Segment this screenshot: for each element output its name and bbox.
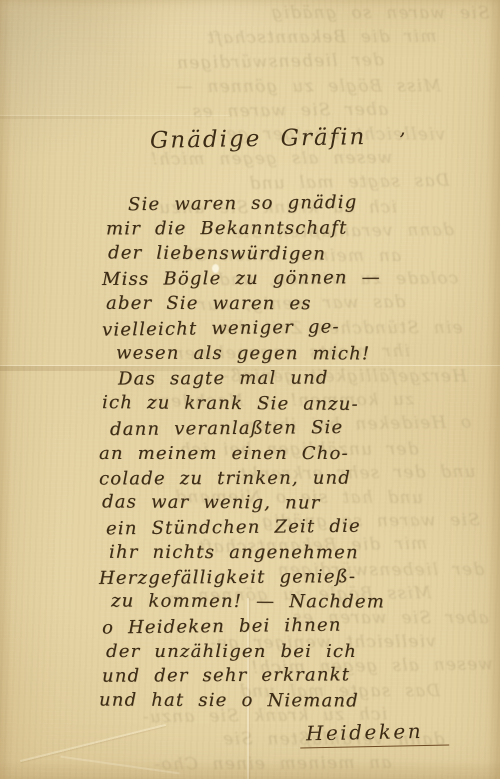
handwriting-line: Sie waren so gnädig [128,191,358,217]
handwriting-line: colade zu trinken, und [99,467,351,492]
handwriting-line: und hat sie o Niemand [99,689,359,714]
handwriting-line: wesen als gegen mich! [116,342,370,367]
salutation-flourish: ’ [399,128,405,152]
handwriting-line: Herzgefälligkeit genieß- [99,565,356,591]
letter-signature: Heideken [300,718,450,748]
letter-salutation: Gnädige Gräfin [150,124,367,154]
letter-page: Sie waren so gnädigmir die Bekanntschaft… [0,0,500,779]
handwriting-line: ich zu krank Sie anzu- [102,391,359,417]
handwriting-line: zu kommen! — Nachdem [111,590,385,615]
handwriting-line: der liebenswürdigen [108,241,326,266]
handwriting-line: mir die Bekanntschaft [106,217,348,242]
handwriting-layer: Gnädige Gräfin ’ Sie waren so gnädig mir… [0,0,500,779]
handwriting-line: und der sehr erkrankt [102,663,350,688]
handwriting-line: o Heideken bei ihnen [102,614,342,641]
handwriting-line: das war wenig, nur [102,490,321,515]
handwriting-line: aber Sie waren es [106,292,312,316]
handwriting-line: Miss Bögle zu gönnen — [102,266,381,292]
handwriting-line: vielleicht weniger ge- [102,315,340,342]
handwriting-line: an meinem einen Cho- [99,442,349,466]
handwriting-line: Das sagte mal und [118,366,329,391]
handwriting-line: der unzähligen bei ich [106,640,357,664]
handwriting-line: dann veranlaßten Sie [110,416,344,442]
handwriting-line: ihr nichts angenehmen [109,541,359,565]
handwriting-line: ein Stündchen Zeit die [106,515,361,542]
